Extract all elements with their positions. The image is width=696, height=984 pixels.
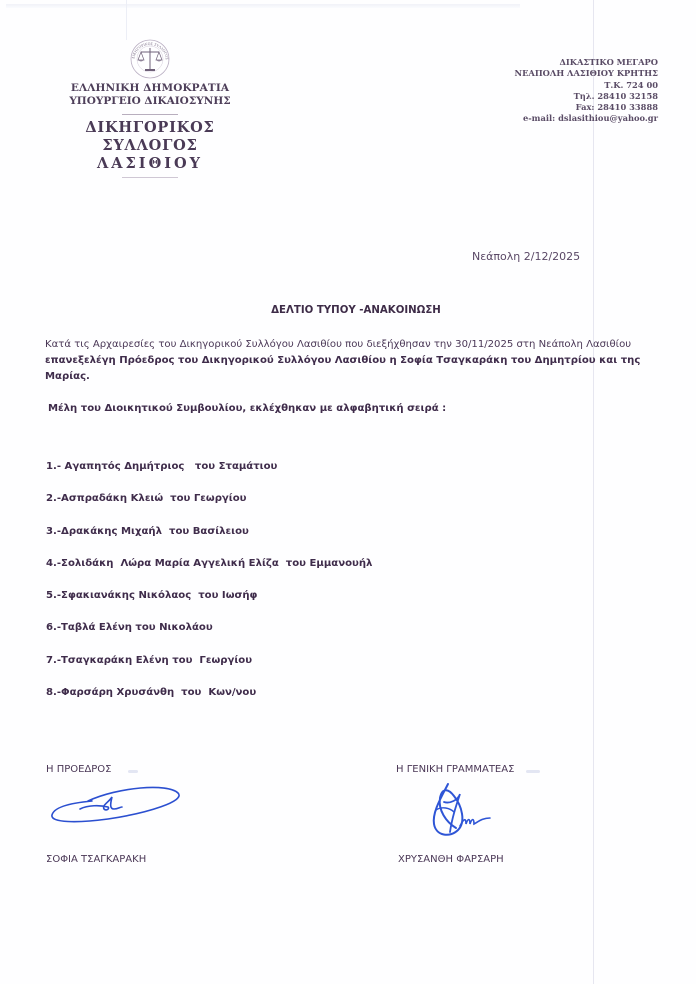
list-item: 5.-Σφακιανάκης Νικόλαος του Ιωσήφ	[46, 589, 372, 621]
secretary-role: Η ΓΕΝΙΚΗ ΓΡΑΜΜΑΤΕΑΣ	[396, 764, 514, 775]
list-item: 6.-Ταβλά Ελένη του Νικολάου	[46, 621, 372, 653]
document-date: Νεάπολη 2/12/2025	[472, 250, 580, 263]
scan-artifact	[6, 4, 520, 8]
scan-artifact-line	[593, 0, 594, 984]
scan-artifact-line	[126, 0, 127, 40]
letterhead-left: ΔΙΚΗΓΟΡΙΚΟΣ ΣΥΛΛΟΓΟΣ ΛΑΣΙΘΙΟΥ ΕΛΛΗΝΙΚΗ Δ…	[40, 38, 260, 178]
association-name: ΔΙΚΗΓΟΡΙΚΟΣ ΣΥΛΛΟΓΟΣ	[40, 119, 260, 155]
divider	[122, 177, 178, 178]
document-page: ΔΙΚΗΓΟΡΙΚΟΣ ΣΥΛΛΟΓΟΣ ΛΑΣΙΘΙΟΥ ΕΛΛΗΝΙΚΗ Δ…	[0, 0, 696, 984]
association-city: ΛΑΣΙΘΙΟΥ	[40, 155, 260, 173]
ministry-name: ΥΠΟΥΡΓΕΙΟ ΔΙΚΑΙΟΣΥΝΗΣ	[40, 95, 260, 108]
president-signature-icon	[48, 775, 188, 835]
divider	[122, 114, 178, 115]
intro-text: Κατά τις Αρχαιρεσίες του Δικηγορικού Συλ…	[45, 339, 631, 350]
list-item: 2.-Ασπραδάκη Κλειώ του Γεωργίου	[46, 492, 372, 524]
list-item: 4.-Σολιδάκη Λώρα Μαρία Αγγελική Ελίζα το…	[46, 557, 372, 589]
list-item: 7.-Τσαγκαράκη Ελένη του Γεωργίου	[46, 654, 372, 686]
secretary-name: ΧΡΥΣΑΝΘΗ ΦΑΡΣΑΡΗ	[398, 854, 504, 865]
postcode: Τ.Κ. 724 00	[418, 80, 658, 91]
president-role: Η ΠΡΟΕΔΡΟΣ	[46, 764, 112, 775]
document-title: ΔΕΛΤΙΟ ΤΥΠΟΥ -ΑΝΑΚΟΙΝΩΣΗ	[0, 305, 696, 316]
announcement-text: επανεξελέγη Πρόεδρος του Δικηγορικού Συλ…	[45, 355, 640, 382]
fax: Fax: 28410 33888	[418, 102, 658, 113]
email: e-mail: dslasithiou@yahoo.gr	[418, 113, 658, 124]
building-name: ΔΙΚΑΣΤΙΚΟ ΜΕΓΑΡΟ	[418, 57, 658, 68]
country-name: ΕΛΛΗΝΙΚΗ ΔΗΜΟΚΡΑΤΙΑ	[40, 82, 260, 95]
list-item: 3.-Δρακάκης Μιχαήλ του Βασίλειου	[46, 525, 372, 557]
list-item: 1.- Αγαπητός Δημήτριος του Σταμάτιου	[46, 460, 372, 492]
letterhead-right: ΔΙΚΑΣΤΙΚΟ ΜΕΓΑΡΟ ΝΕΑΠΟΛΗ ΛΑΣΙΘΙΟΥ ΚΡΗΤΗΣ…	[418, 57, 658, 125]
announcement-paragraph: Κατά τις Αρχαιρεσίες του Δικηγορικού Συλ…	[45, 337, 665, 385]
members-intro: Μέλη του Διοικητικού Συμβουλίου, εκλέχθη…	[48, 403, 446, 414]
scan-artifact	[526, 770, 540, 773]
scan-artifact	[128, 770, 138, 773]
list-item: 8.-Φαρσάρη Χρυσάνθη του Κων/νου	[46, 686, 372, 718]
secretary-signature-icon	[420, 778, 510, 843]
scales-of-justice-seal-icon: ΔΙΚΗΓΟΡΙΚΟΣ ΣΥΛΛΟΓΟΣ ΛΑΣΙΘΙΟΥ	[128, 38, 172, 80]
address: ΝΕΑΠΟΛΗ ΛΑΣΙΘΙΟΥ ΚΡΗΤΗΣ	[418, 68, 658, 79]
phone: Τηλ. 28410 32158	[418, 91, 658, 102]
members-list: 1.- Αγαπητός Δημήτριος του Σταμάτιου 2.-…	[46, 460, 372, 718]
president-name: ΣΟΦΙΑ ΤΣΑΓΚΑΡΑΚΗ	[46, 854, 146, 865]
